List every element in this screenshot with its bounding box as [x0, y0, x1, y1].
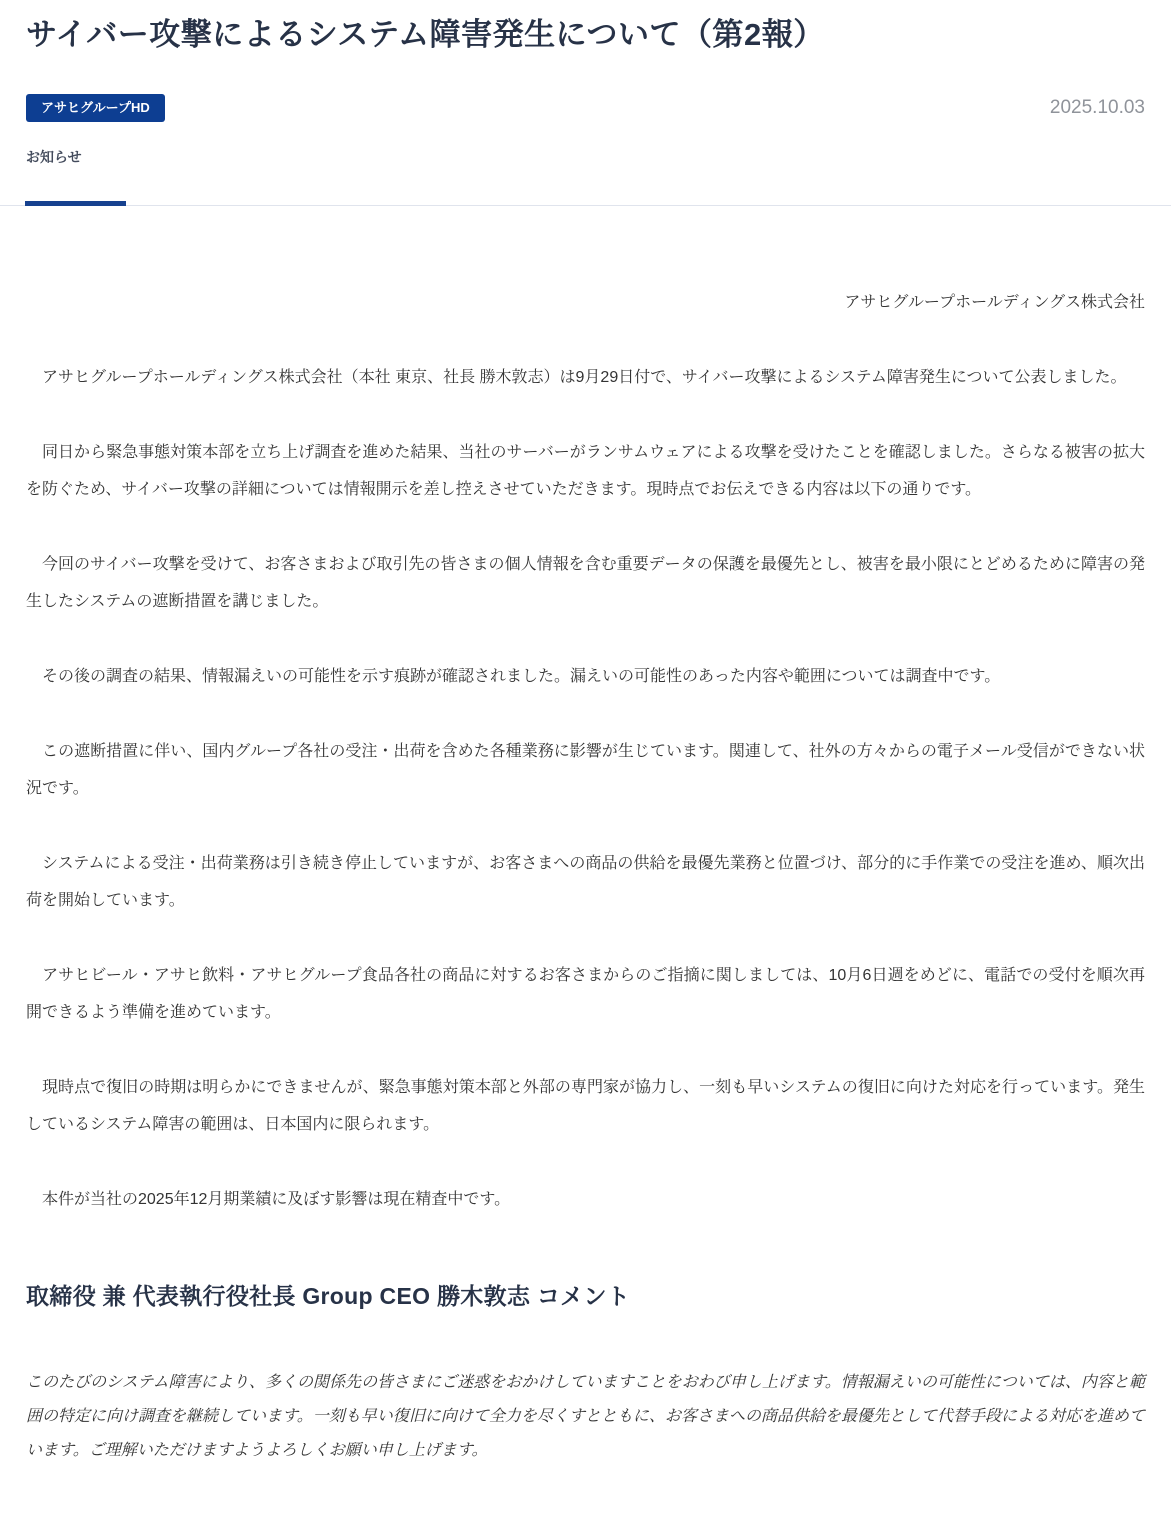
- paragraph: その後の調査の結果、情報漏えいの可能性を示す痕跡が確認されました。漏えいの可能性…: [26, 658, 1145, 695]
- paragraph: アサヒグループホールディングス株式会社（本社 東京、社長 勝木敦志）は9月29日…: [26, 359, 1145, 396]
- meta-row: アサヒグループHD 2025.10.03: [26, 94, 1145, 122]
- paragraph: 同日から緊急事態対策本部を立ち上げ調査を進めた結果、当社のサーバーがランサムウェ…: [26, 434, 1145, 508]
- ceo-comment-heading: 取締役 兼 代表執行役社長 Group CEO 勝木敦志 コメント: [26, 1278, 1145, 1311]
- press-release-page: サイバー攻撃によるシステム障害発生について（第2報） アサヒグループHD 202…: [0, 0, 1171, 1524]
- paragraph: 現時点で復旧の時期は明らかにできませんが、緊急事態対策本部と外部の専門家が協力し…: [26, 1069, 1145, 1143]
- paragraph: 今回のサイバー攻撃を受けて、お客さまおよび取引先の皆さまの個人情報を含む重要デー…: [26, 546, 1145, 620]
- paragraph: 本件が当社の2025年12月期業績に及ぼす影響は現在精査中です。: [26, 1181, 1145, 1218]
- page-header: サイバー攻撃によるシステム障害発生について（第2報） アサヒグループHD 202…: [0, 14, 1171, 167]
- paragraph: アサヒビール・アサヒ飲料・アサヒグループ食品各社の商品に対するお客さまからのご指…: [26, 957, 1145, 1031]
- ceo-comment-text: このたびのシステム障害により、多くの関係先の皆さまにご迷惑をおかけしていますこと…: [26, 1366, 1145, 1468]
- page-title: サイバー攻撃によるシステム障害発生について（第2報）: [26, 14, 1145, 56]
- tab-divider: [0, 205, 1171, 206]
- tab-row: お知らせ: [26, 122, 1145, 167]
- paragraph: システムによる受注・出荷業務は引き続き停止していますが、お客さまへの商品の供給を…: [26, 845, 1145, 919]
- company-tag-badge[interactable]: アサヒグループHD: [26, 94, 165, 122]
- tab-news[interactable]: お知らせ: [26, 147, 82, 167]
- publish-date: 2025.10.03: [1050, 97, 1145, 119]
- active-tab-underline: [25, 201, 126, 206]
- company-signature: アサヒグループホールディングス株式会社: [26, 284, 1145, 321]
- paragraph: この遮断措置に伴い、国内グループ各社の受注・出荷を含めた各種業務に影響が生じてい…: [26, 733, 1145, 807]
- article-body: アサヒグループホールディングス株式会社 アサヒグループホールディングス株式会社（…: [0, 284, 1171, 1468]
